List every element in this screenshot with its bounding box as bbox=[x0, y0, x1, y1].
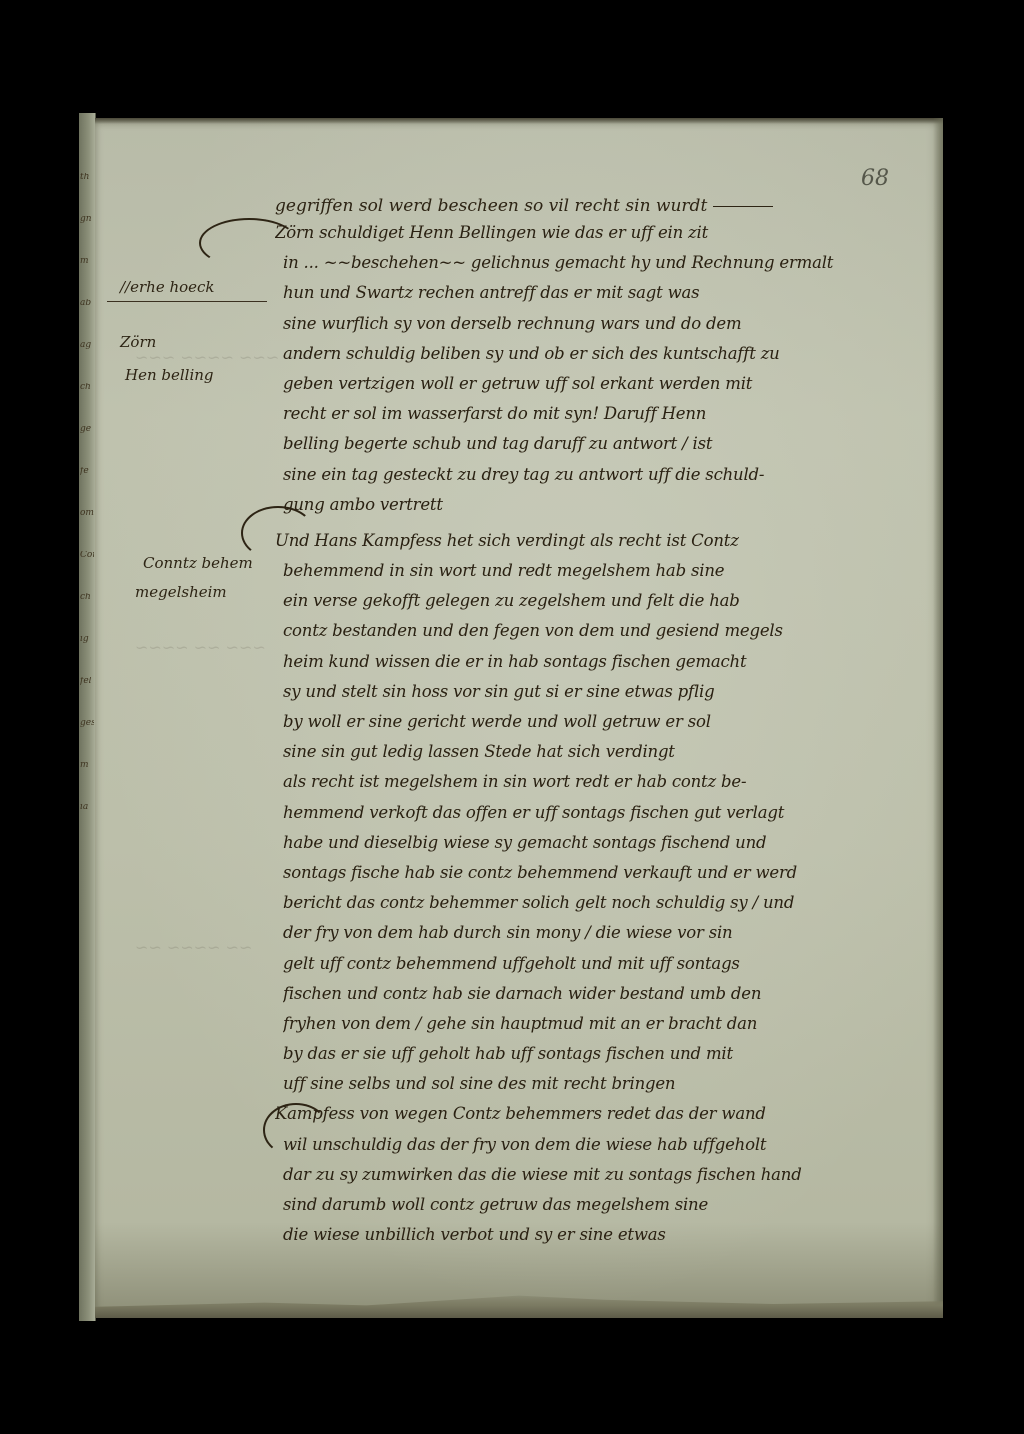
text-line: ein verse gekofft gelegen zu zegelshem u… bbox=[283, 586, 903, 616]
margin-note-megelsheim: megelsheim bbox=[135, 583, 227, 601]
spine-text-fragment: om bbox=[80, 509, 94, 518]
text-line: gelt uff contz behemmend uffgeholt und m… bbox=[283, 949, 903, 979]
spine-text-fragment: gn bbox=[80, 215, 94, 224]
text-line: fryhen von dem / gehe sin hauptmud mit a… bbox=[283, 1009, 903, 1039]
text-line: heim kund wissen die er in hab sontags f… bbox=[283, 647, 903, 677]
text-line: fischen und contz hab sie darnach wider … bbox=[283, 979, 903, 1009]
spine-text-fragment: ge bbox=[80, 425, 94, 434]
margin-note-text: erhe hoeck bbox=[130, 278, 214, 296]
spine-text-fragment: ch bbox=[80, 383, 94, 392]
spine-text-fragment: ch bbox=[80, 593, 94, 602]
text-line: Zörn schuldiget Henn Bellingen wie das e… bbox=[275, 218, 903, 248]
text-line: uff sine selbs und sol sine des mit rech… bbox=[283, 1069, 903, 1099]
spine-text-fragment: m bbox=[80, 761, 94, 770]
spine-text-fragment: ag bbox=[80, 341, 94, 350]
text-line: habe und dieselbig wiese sy gemacht sont… bbox=[283, 828, 903, 858]
text-line: sind darumb woll contz getruw das megels… bbox=[283, 1190, 903, 1220]
text-line: sy und stelt sin hoss vor sin gut si er … bbox=[283, 677, 903, 707]
main-text-block: Zörn schuldiget Henn Bellingen wie das e… bbox=[283, 218, 903, 1244]
text-line: Und Hans Kampfess het sich verdingt als … bbox=[275, 526, 903, 556]
text-line: die wiese unbillich verbot und sy er sin… bbox=[283, 1220, 903, 1250]
paragraph-contz-vs-megelsheim: Und Hans Kampfess het sich verdingt als … bbox=[283, 526, 903, 1100]
text-line: Kampfess von wegen Contz behemmers redet… bbox=[275, 1099, 903, 1129]
spine-text-fragment: ges bbox=[80, 719, 94, 728]
margin-note-underline bbox=[107, 301, 267, 302]
text-line: contz bestanden und den fegen von dem un… bbox=[283, 616, 903, 646]
text-line: belling begerte schub und tag daruff zu … bbox=[283, 429, 903, 459]
margin-note-prefix: // bbox=[120, 278, 130, 296]
text-line: by woll er sine gericht werde und woll g… bbox=[283, 707, 903, 737]
manuscript-page: ~~ ~~~ ~~~~ ~~~ ~~~ ~~ ~~~~ ~~ ~~~~ ~~ 6… bbox=[95, 118, 943, 1318]
spine-text-fragment: fe bbox=[80, 467, 94, 476]
text-line: sine wurflich sy von derselb rechnung wa… bbox=[283, 309, 903, 339]
adjacent-page-spine: thgnmabagchgefeomConchigfelgesmia bbox=[79, 113, 96, 1321]
margin-note-erhehoeck: //erhe hoeck bbox=[120, 278, 215, 296]
spine-text-fragment: ab bbox=[80, 299, 94, 308]
text-line: andern schuldig beliben sy und ob er sic… bbox=[283, 339, 903, 369]
paragraph-zorn-vs-belling: Zörn schuldiget Henn Bellingen wie das e… bbox=[283, 218, 903, 520]
text-line: dar zu sy zumwirken das die wiese mit zu… bbox=[283, 1160, 903, 1190]
page-bottom-edge bbox=[95, 1290, 943, 1318]
folio-number: 68 bbox=[861, 166, 889, 191]
show-through-text: ~~~ ~~ ~~~~ bbox=[135, 638, 266, 657]
text-line: hemmend verkoft das offen er uff sontags… bbox=[283, 798, 903, 828]
margin-note-contz-behem: Conntz behem bbox=[143, 554, 253, 572]
text-line: recht er sol im wasserfarst do mit syn! … bbox=[283, 399, 903, 429]
text-line: geben vertzigen woll er getruw uff sol e… bbox=[283, 369, 903, 399]
margin-note-zorn: Zörn bbox=[120, 333, 156, 351]
text-line: gung ambo vertrett bbox=[283, 490, 903, 520]
show-through-text: ~~ ~~~~ ~~ bbox=[135, 938, 252, 957]
spine-text-fragment: ig bbox=[80, 635, 94, 644]
page-top-edge bbox=[95, 118, 943, 124]
text-line: sine sin gut ledig lassen Stede hat sich… bbox=[283, 737, 903, 767]
text-line: in ... ~~beschehen~~ gelichnus gemacht h… bbox=[283, 248, 903, 278]
page-right-edge bbox=[933, 118, 943, 1318]
spine-text-fragment: m bbox=[80, 257, 94, 266]
paragraph-kampfess-response: Kampfess von wegen Contz behemmers redet… bbox=[283, 1099, 903, 1250]
margin-note-hen-belling: Hen belling bbox=[125, 366, 214, 384]
text-line: by das er sie uff geholt hab uff sontags… bbox=[283, 1039, 903, 1069]
text-line: der fry von dem hab durch sin mony / die… bbox=[283, 918, 903, 948]
text-line: bericht das contz behemmer solich gelt n… bbox=[283, 888, 903, 918]
spine-text-fragment: th bbox=[80, 173, 94, 182]
text-line: behemmend in sin wort und redt megelshem… bbox=[283, 556, 903, 586]
spine-text-fragment: fel bbox=[80, 677, 94, 686]
spine-text-fragment: ia bbox=[80, 803, 94, 812]
text-line: als recht ist megelshem in sin wort redt… bbox=[283, 767, 903, 797]
heading-line: gegriffen sol werd bescheen so vil recht… bbox=[275, 196, 773, 216]
spine-text-fragment: Con bbox=[80, 551, 94, 560]
text-line: sine ein tag gesteckt zu drey tag zu ant… bbox=[283, 460, 903, 490]
text-line: sontags fische hab sie contz behemmend v… bbox=[283, 858, 903, 888]
text-line: hun und Swartz rechen antreff das er mit… bbox=[283, 278, 903, 308]
text-line: wil unschuldig das der fry von dem die w… bbox=[283, 1130, 903, 1160]
